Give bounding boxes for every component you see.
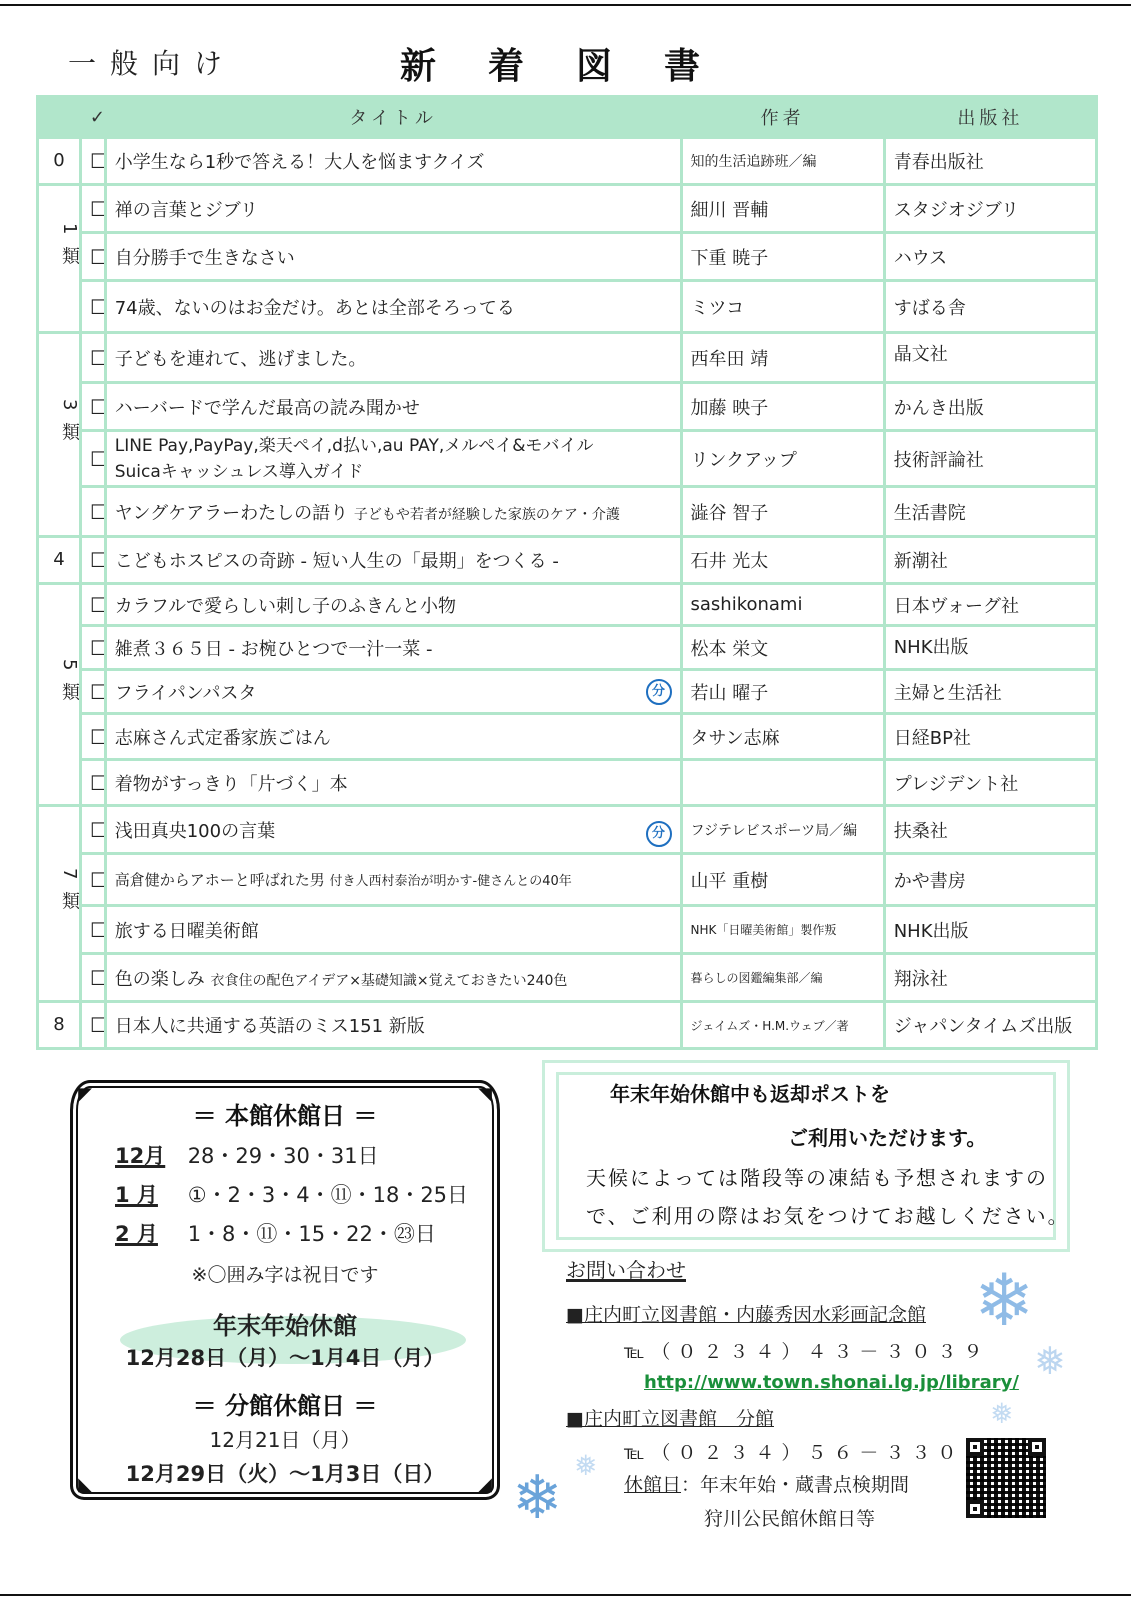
page-title: 新着図書 — [400, 38, 752, 89]
book-publisher: 晶文社 — [884, 333, 1096, 383]
holiday-note: ※〇囲み字は祝日です — [70, 1260, 500, 1287]
checkbox[interactable]: ☐ — [80, 714, 105, 760]
book-author: 松本 栄文 — [681, 626, 884, 670]
year-end-closed-title: 年末年始休館 — [70, 1306, 500, 1341]
book-author: ミツコ — [681, 281, 884, 333]
category-cell: 0 — [38, 138, 81, 185]
book-author: 暮らしの図鑑編集部／編 — [681, 954, 884, 1002]
checkbox[interactable]: ☐ — [80, 138, 105, 185]
checkbox[interactable]: ☐ — [80, 854, 105, 906]
book-author: sashikonami — [681, 584, 884, 626]
book-author: 加藤 映子 — [681, 383, 884, 431]
book-author: NHK「日曜美術館」製作叛 — [681, 906, 884, 954]
checkbox[interactable]: ☐ — [80, 185, 105, 233]
table-header-row: ✓ タイトル 作者 出版社 — [38, 97, 1097, 138]
book-publisher: 技術評論社 — [884, 431, 1096, 487]
month-label: 12月 — [115, 1140, 181, 1170]
snowflake-icon: ❅ — [990, 1400, 1013, 1428]
book-publisher: スタジオジブリ — [884, 185, 1096, 233]
table-row: ☐ 色の楽しみ 衣食住の配色アイデア×基礎知識×覚えておきたい240色 暮らしの… — [38, 954, 1097, 1002]
header-author: 作者 — [681, 97, 884, 138]
branch-closed-range: 12月29日（火）～1月3日（日） — [70, 1458, 500, 1488]
book-publisher: 日本ヴォーグ社 — [884, 584, 1096, 626]
closed-label: 休館日 — [624, 1474, 681, 1496]
book-title-main: ヤングケアラーわたしの語り — [115, 503, 348, 524]
branch-library-badge: 分 — [646, 821, 672, 847]
checkbox[interactable]: ☐ — [80, 760, 105, 806]
header-publisher: 出版社 — [884, 97, 1096, 138]
book-author: 下重 暁子 — [681, 233, 884, 281]
table-row: ☐ 雑煮３６５日 - お椀ひとつで一汁一菜 - 松本 栄文 NHK出版 — [38, 626, 1097, 670]
table-row: ☐ フライパンパスタ 分 若山 曜子 主婦と生活社 — [38, 670, 1097, 714]
category-cell: 8 — [38, 1002, 81, 1049]
book-publisher: かんき出版 — [884, 383, 1096, 431]
book-title: カラフルで愛らしい刺し子のふきんと小物 — [105, 584, 681, 626]
book-publisher: ジャパンタイムズ出版 — [884, 1002, 1096, 1049]
checkbox[interactable]: ☐ — [80, 233, 105, 281]
book-title-main: 色の楽しみ — [115, 969, 205, 990]
snowflake-icon: ❅ — [574, 1452, 597, 1480]
snowflake-icon: ❄ — [512, 1468, 562, 1528]
snowflake-icon: ❅ — [1034, 1342, 1066, 1380]
checkbox[interactable]: ☐ — [80, 383, 105, 431]
qr-finder — [966, 1438, 984, 1456]
category-cell: 4 — [38, 537, 81, 584]
book-author: 山平 重樹 — [681, 854, 884, 906]
book-publisher: 翔泳社 — [884, 954, 1096, 1002]
checkbox[interactable]: ☐ — [80, 1002, 105, 1049]
checkbox[interactable]: ☐ — [80, 626, 105, 670]
checkbox[interactable]: ☐ — [80, 584, 105, 626]
closed-month-row: 2 月 1・8・⑪・15・22・㉓日 — [115, 1218, 436, 1248]
book-title: ヤングケアラーわたしの語り 子どもや若者が経験した家族のケア・介護 — [105, 487, 681, 537]
return-post-line2: ご利用いただけます。 — [788, 1122, 986, 1151]
table-row: 5類 ☐ カラフルで愛らしい刺し子のふきんと小物 sashikonami 日本ヴ… — [38, 584, 1097, 626]
snowflake-icon: ❄ — [974, 1264, 1034, 1336]
table-row: 0 ☐ 小学生なら1秒で答える！大人を悩ますクイズ 知的生活追跡班／編 青春出版… — [38, 138, 1097, 185]
table-row: ☐ 自分勝手で生きなさい 下重 暁子 ハウス — [38, 233, 1097, 281]
book-title: 74歳、ないのはお金だけ。あとは全部そろってる — [105, 281, 681, 333]
book-author — [681, 760, 884, 806]
book-author: 細川 晋輔 — [681, 185, 884, 233]
book-publisher: 主婦と生活社 — [884, 670, 1096, 714]
book-publisher: 新潮社 — [884, 537, 1096, 584]
closed-month-row: 1 月 ①・2・3・4・⑪・18・25日 — [115, 1179, 468, 1209]
month-label: 1 月 — [115, 1179, 181, 1209]
book-author: フジテレビスポーツ局／編 — [681, 806, 884, 854]
checkbox[interactable]: ☐ — [80, 281, 105, 333]
book-title-line2: Suicaキャッシュレス導入ガイド — [115, 459, 672, 485]
book-title: 着物がすっきり「片づく」本 — [105, 760, 681, 806]
return-post-line3: 天候によっては階段等の凍結も予想されますの — [586, 1162, 1048, 1191]
checkbox[interactable]: ☐ — [80, 670, 105, 714]
category-cell: 1類 — [38, 185, 81, 333]
book-author: タサン志麻 — [681, 714, 884, 760]
header-check: ✓ — [80, 97, 105, 138]
bottom-rule — [0, 1594, 1131, 1596]
book-title-line1: LINE Pay,PayPay,楽天ペイ,d払い,au PAY,メルペイ&モバイ… — [115, 433, 672, 459]
book-title: 日本人に共通する英語のミス151 新版 — [105, 1002, 681, 1049]
table-row: 4 ☐ こどもホスピスの奇跡 - 短い人生の「最期」をつくる - 石井 光太 新… — [38, 537, 1097, 584]
main-library-tel[interactable]: ℡（０２３４）４３－３０３９ — [624, 1337, 989, 1364]
branch-library-badge: 分 — [646, 679, 672, 705]
table-row: 1類 ☐ 禅の言葉とジブリ 細川 晋輔 スタジオジブリ — [38, 185, 1097, 233]
table-row: ☐ ハーバードで学んだ最高の読み聞かせ 加藤 映子 かんき出版 — [38, 383, 1097, 431]
branch-closed-info: 休館日：年末年始・蔵書点検期間 — [624, 1470, 909, 1497]
closed-text: ：年末年始・蔵書点検期間 — [681, 1474, 909, 1496]
category-cell: 3類 — [38, 333, 81, 537]
category-label: 7類 — [47, 868, 80, 921]
audience-label: 一般向け — [68, 42, 236, 82]
book-title: 禅の言葉とジブリ — [105, 185, 681, 233]
branch-closed-day: 12月21日（月） — [70, 1424, 500, 1453]
checkbox[interactable]: ☐ — [80, 333, 105, 383]
category-label: 1類 — [47, 223, 80, 276]
checkbox[interactable]: ☐ — [80, 906, 105, 954]
checkbox[interactable]: ☐ — [80, 487, 105, 537]
closed-month-row: 12月 28・29・30・31日 — [115, 1140, 379, 1170]
book-title: 自分勝手で生きなさい — [105, 233, 681, 281]
top-rule — [0, 4, 1131, 6]
table-row: ☐ 旅する日曜美術館 NHK「日曜美術館」製作叛 NHK出版 — [38, 906, 1097, 954]
book-publisher: 生活書院 — [884, 487, 1096, 537]
table-row: ☐ LINE Pay,PayPay,楽天ペイ,d払い,au PAY,メルペイ&モ… — [38, 431, 1097, 487]
book-author: 若山 曜子 — [681, 670, 884, 714]
book-title-text: 浅田真央100の言葉 — [115, 821, 275, 842]
return-post-line4: で、ご利用の際はお気をつけてお越しください。 — [586, 1200, 1070, 1229]
table-row: ☐ 74歳、ないのはお金だけ。あとは全部そろってる ミツコ すばる舎 — [38, 281, 1097, 333]
book-title: 雑煮３６５日 - お椀ひとつで一汁一菜 - — [105, 626, 681, 670]
book-publisher: 日経BP社 — [884, 714, 1096, 760]
book-publisher: すばる舎 — [884, 281, 1096, 333]
book-title: LINE Pay,PayPay,楽天ペイ,d払い,au PAY,メルペイ&モバイ… — [105, 431, 681, 487]
book-author: 西牟田 靖 — [681, 333, 884, 383]
table-row: 3類 ☐ 子どもを連れて、逃げました。 西牟田 靖 晶文社 — [38, 333, 1097, 383]
book-title-text: フライパンパスタ — [115, 683, 257, 704]
header-title: タイトル — [105, 97, 681, 138]
main-library-name: ■庄内町立図書館・内藤秀因水彩画記念館 — [566, 1300, 926, 1327]
holiday-notice: ◤ ◥ ◣ ◢ ＝ 本館休館日 ＝ 12月 28・29・30・31日 1 月 ①… — [70, 1080, 500, 1500]
closed-days: 1・8・⑪・15・22・㉓日 — [188, 1222, 436, 1246]
year-end-closed-range: 12月28日（月）～1月4日（月） — [70, 1342, 500, 1372]
checkbox[interactable]: ☐ — [80, 806, 105, 854]
qr-finder — [1028, 1438, 1046, 1456]
book-subtitle: 衣食住の配色アイデア×基礎知識×覚えておきたい240色 — [210, 973, 567, 989]
branch-closed-heading: ＝ 分館休館日 ＝ — [70, 1386, 500, 1421]
table-row: ☐ ヤングケアラーわたしの語り 子どもや若者が経験した家族のケア・介護 澁谷 智… — [38, 487, 1097, 537]
book-title: ハーバードで学んだ最高の読み聞かせ — [105, 383, 681, 431]
book-publisher: プレジデント社 — [884, 760, 1096, 806]
book-title: 子どもを連れて、逃げました。 — [105, 333, 681, 383]
table-row: ☐ 志麻さん式定番家族ごはん タサン志麻 日経BP社 — [38, 714, 1097, 760]
book-publisher: NHK出版 — [884, 626, 1096, 670]
branch-closed-info2: 狩川公民館休館日等 — [704, 1504, 875, 1531]
book-author: ジェイムズ・H.M.ウェブ／著 — [681, 1002, 884, 1049]
branch-library-name: ■庄内町立図書館 分館 — [566, 1404, 774, 1431]
closed-days: ①・2・3・4・⑪・18・25日 — [188, 1183, 468, 1207]
book-title: 小学生なら1秒で答える！大人を悩ますクイズ — [105, 138, 681, 185]
book-publisher: ハウス — [884, 233, 1096, 281]
header-category — [38, 97, 81, 138]
qr-code[interactable] — [966, 1438, 1046, 1518]
book-author: リンクアップ — [681, 431, 884, 487]
table-row: 8 ☐ 日本人に共通する英語のミス151 新版 ジェイムズ・H.M.ウェブ／著 … — [38, 1002, 1097, 1049]
book-author: 石井 光太 — [681, 537, 884, 584]
qr-finder — [966, 1500, 984, 1518]
book-author: 知的生活追跡班／編 — [681, 138, 884, 185]
book-title: フライパンパスタ 分 — [105, 670, 681, 714]
book-publisher: NHK出版 — [884, 906, 1096, 954]
month-label: 2 月 — [115, 1218, 181, 1248]
book-subtitle: 付き人西村泰治が明かす-健さんとの40年 — [330, 874, 572, 889]
book-publisher: 青春出版社 — [884, 138, 1096, 185]
category-label: 5類 — [47, 659, 80, 712]
book-publisher: かや書房 — [884, 854, 1096, 906]
category-cell: 5類 — [38, 584, 81, 806]
return-post-notice: 年末年始休館中も返却ポストを ご利用いただけます。 天候によっては階段等の凍結も… — [542, 1060, 1070, 1252]
table-row: ☐ 着物がすっきり「片づく」本 プレジデント社 — [38, 760, 1097, 806]
book-author: 澁谷 智子 — [681, 487, 884, 537]
book-title-main: 高倉健からアホーと呼ばれた男 — [115, 871, 325, 889]
category-label: 3類 — [47, 399, 80, 452]
category-cell: 7類 — [38, 806, 81, 1002]
table-row: ☐ 高倉健からアホーと呼ばれた男 付き人西村泰治が明かす-健さんとの40年 山平… — [38, 854, 1097, 906]
table-row: 7類 ☐ 浅田真央100の言葉 分 フジテレビスポーツ局／編 扶桑社 — [38, 806, 1097, 854]
closed-days: 28・29・30・31日 — [188, 1144, 379, 1168]
book-title: 浅田真央100の言葉 分 — [105, 806, 681, 854]
book-title: 志麻さん式定番家族ごはん — [105, 714, 681, 760]
checkbox[interactable]: ☐ — [80, 954, 105, 1002]
main-library-closed-heading: ＝ 本館休館日 ＝ — [70, 1096, 500, 1131]
new-books-table: ✓ タイトル 作者 出版社 0 ☐ 小学生なら1秒で答える！大人を悩ますクイズ … — [36, 95, 1098, 1050]
checkbox[interactable]: ☐ — [80, 431, 105, 487]
book-title: 高倉健からアホーと呼ばれた男 付き人西村泰治が明かす-健さんとの40年 — [105, 854, 681, 906]
checkbox[interactable]: ☐ — [80, 537, 105, 584]
return-post-line1: 年末年始休館中も返却ポストを — [610, 1078, 890, 1107]
branch-library-tel[interactable]: ℡（０２３４）５６－３３０８ — [624, 1438, 989, 1465]
book-title: 旅する日曜美術館 — [105, 906, 681, 954]
book-publisher: 扶桑社 — [884, 806, 1096, 854]
library-website-link[interactable]: http://www.town.shonai.lg.jp/library/ — [644, 1372, 1019, 1393]
contact-heading: お問い合わせ — [566, 1254, 686, 1283]
book-title: 色の楽しみ 衣食住の配色アイデア×基礎知識×覚えておきたい240色 — [105, 954, 681, 1002]
book-subtitle: 子どもや若者が経験した家族のケア・介護 — [354, 507, 620, 523]
book-title: こどもホスピスの奇跡 - 短い人生の「最期」をつくる - — [105, 537, 681, 584]
